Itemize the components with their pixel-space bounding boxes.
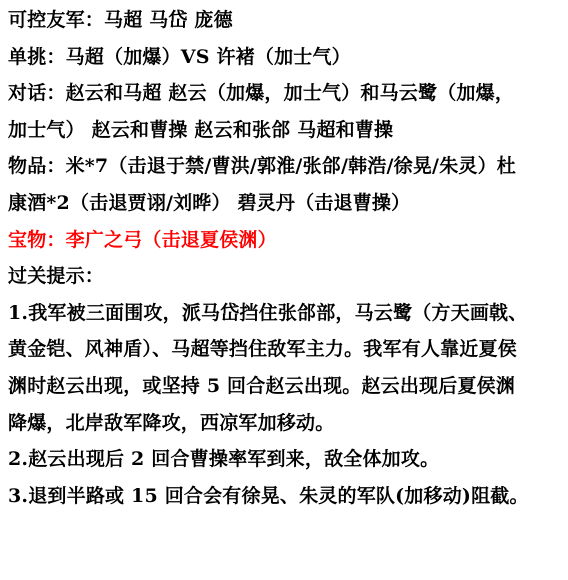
tip-1-line-4: 降爆，北岸敌军降攻，西凉军加移动。 (8, 405, 568, 442)
treasure-line: 宝物：李广之弓（击退夏侯渊） (8, 222, 568, 259)
duel-line: 单挑：马超（加爆）VS 许褚（加士气） (8, 39, 568, 76)
tip-1-line-2: 黄金铠、风神盾）、马超等挡住敌军主力。我军有人靠近夏侯 (8, 331, 568, 368)
items-line-1: 物品：米*7（击退于禁/曹洪/郭淮/张郃/韩浩/徐晃/朱灵）杜 (8, 148, 568, 185)
document-body: 可控友军：马超 马岱 庞德 单挑：马超（加爆）VS 许褚（加士气） 对话：赵云和… (0, 0, 568, 514)
controllable-allies-line: 可控友军：马超 马岱 庞德 (8, 2, 568, 39)
tip-1-line-1: 1.我军被三面围攻，派马岱挡住张郃部，马云鹭（方天画戟、 (8, 295, 568, 332)
tip-1-line-3: 渊时赵云出现，或坚持 5 回合赵云出现。赵云出现后夏侯渊 (8, 368, 568, 405)
dialogue-line-2: 加士气） 赵云和曹操 赵云和张郃 马超和曹操 (8, 112, 568, 149)
items-line-2: 康酒*2（击退贾诩/刘晔） 碧灵丹（击退曹操） (8, 185, 568, 222)
tips-heading: 过关提示： (8, 258, 568, 295)
dialogue-line-1: 对话：赵云和马超 赵云（加爆，加士气）和马云鹭（加爆， (8, 75, 568, 112)
tip-2-line: 2.赵云出现后 2 回合曹操率军到来，敌全体加攻。 (8, 441, 568, 478)
tip-3-line: 3.退到半路或 15 回合会有徐晃、朱灵的军队(加移动)阻截。 (8, 478, 568, 515)
